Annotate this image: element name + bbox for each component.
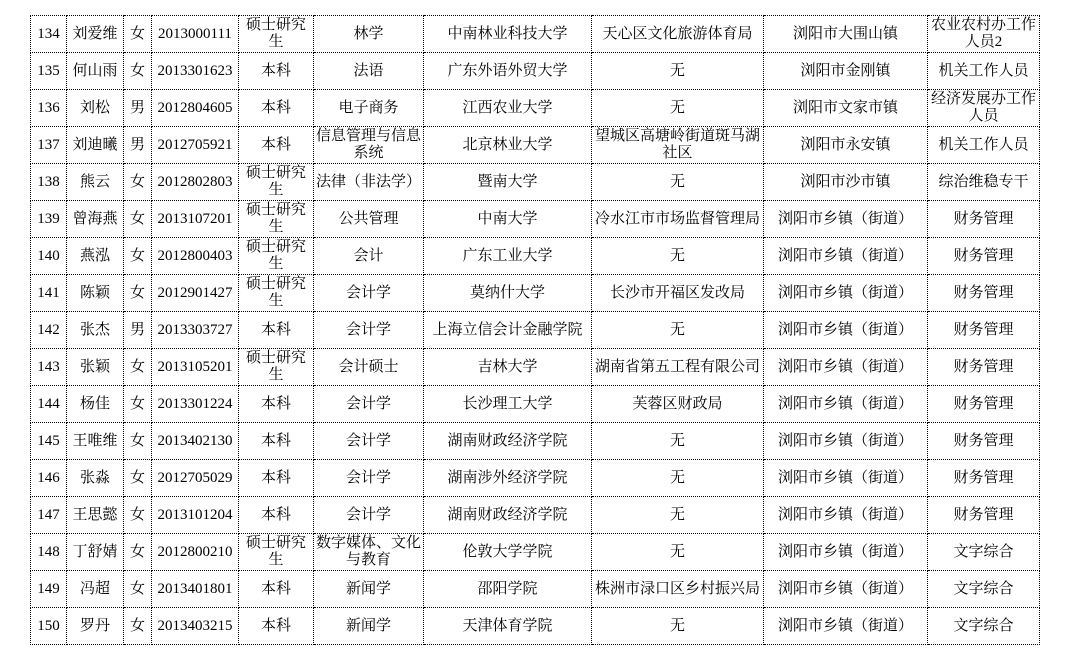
cell-current-unit: 无 — [592, 497, 764, 534]
cell-town: 浏阳市文家市镇 — [764, 90, 928, 127]
table-row: 144杨佳女2013301224本科会计学长沙理工大学芙蓉区财政局浏阳市乡镇（街… — [31, 386, 1040, 423]
cell-candidate-id: 2013301623 — [152, 53, 239, 90]
cell-candidate-id: 2013107201 — [152, 201, 239, 238]
cell-position: 财务管理 — [928, 275, 1040, 312]
cell-university: 江西农业大学 — [424, 90, 592, 127]
cell-name: 熊云 — [67, 164, 124, 201]
cell-position: 文字综合 — [928, 534, 1040, 571]
cell-university: 北京林业大学 — [424, 127, 592, 164]
cell-name: 刘爱维 — [67, 16, 124, 53]
table-row: 136刘松男2012804605本科电子商务江西农业大学无浏阳市文家市镇经济发展… — [31, 90, 1040, 127]
cell-major: 会计学 — [314, 460, 424, 497]
cell-major: 电子商务 — [314, 90, 424, 127]
cell-gender: 男 — [124, 127, 152, 164]
cell-current-unit: 望城区高塘岭街道斑马湖社区 — [592, 127, 764, 164]
cell-current-unit: 无 — [592, 90, 764, 127]
cell-town: 浏阳市乡镇（街道） — [764, 349, 928, 386]
cell-university: 邵阳学院 — [424, 571, 592, 608]
cell-index: 147 — [31, 497, 67, 534]
cell-university: 中南大学 — [424, 201, 592, 238]
cell-candidate-id: 2012800210 — [152, 534, 239, 571]
cell-current-unit: 冷水江市市场监督管理局 — [592, 201, 764, 238]
table-row: 146张淼女2012705029本科会计学湖南涉外经济学院无浏阳市乡镇（街道）财… — [31, 460, 1040, 497]
cell-index: 139 — [31, 201, 67, 238]
cell-university: 暨南大学 — [424, 164, 592, 201]
cell-candidate-id: 2012802803 — [152, 164, 239, 201]
cell-index: 143 — [31, 349, 67, 386]
cell-major: 会计学 — [314, 423, 424, 460]
cell-current-unit: 无 — [592, 312, 764, 349]
personnel-table: 134刘爱维女2013000111硕士研究生林学中南林业科技大学天心区文化旅游体… — [30, 15, 1040, 645]
cell-university: 广东工业大学 — [424, 238, 592, 275]
table-row: 137刘迪曦男2012705921本科信息管理与信息系统北京林业大学望城区高塘岭… — [31, 127, 1040, 164]
cell-education: 本科 — [239, 423, 314, 460]
cell-candidate-id: 2013402130 — [152, 423, 239, 460]
cell-town: 浏阳市乡镇（街道） — [764, 423, 928, 460]
cell-education: 本科 — [239, 127, 314, 164]
cell-university: 中南林业科技大学 — [424, 16, 592, 53]
cell-university: 湖南财政经济学院 — [424, 423, 592, 460]
cell-town: 浏阳市乡镇（街道） — [764, 386, 928, 423]
cell-gender: 女 — [124, 238, 152, 275]
cell-position: 财务管理 — [928, 423, 1040, 460]
cell-gender: 女 — [124, 201, 152, 238]
cell-town: 浏阳市乡镇（街道） — [764, 608, 928, 645]
cell-index: 134 — [31, 16, 67, 53]
cell-town: 浏阳市大围山镇 — [764, 16, 928, 53]
cell-position: 机关工作人员 — [928, 53, 1040, 90]
cell-position: 财务管理 — [928, 497, 1040, 534]
cell-name: 燕泓 — [67, 238, 124, 275]
cell-current-unit: 长沙市开福区发改局 — [592, 275, 764, 312]
table-row: 139曾海燕女2013107201硕士研究生公共管理中南大学冷水江市市场监督管理… — [31, 201, 1040, 238]
cell-index: 144 — [31, 386, 67, 423]
cell-index: 138 — [31, 164, 67, 201]
table-row: 145王唯维女2013402130本科会计学湖南财政经济学院无浏阳市乡镇（街道）… — [31, 423, 1040, 460]
cell-education: 本科 — [239, 460, 314, 497]
cell-name: 刘松 — [67, 90, 124, 127]
cell-gender: 男 — [124, 312, 152, 349]
cell-current-unit: 株洲市渌口区乡村振兴局 — [592, 571, 764, 608]
cell-candidate-id: 2013101204 — [152, 497, 239, 534]
cell-education: 本科 — [239, 90, 314, 127]
cell-position: 综治维稳专干 — [928, 164, 1040, 201]
cell-position: 财务管理 — [928, 386, 1040, 423]
cell-town: 浏阳市金刚镇 — [764, 53, 928, 90]
cell-education: 本科 — [239, 497, 314, 534]
table-row: 134刘爱维女2013000111硕士研究生林学中南林业科技大学天心区文化旅游体… — [31, 16, 1040, 53]
cell-candidate-id: 2012800403 — [152, 238, 239, 275]
cell-candidate-id: 2012705029 — [152, 460, 239, 497]
cell-university: 吉林大学 — [424, 349, 592, 386]
cell-education: 本科 — [239, 53, 314, 90]
cell-gender: 女 — [124, 423, 152, 460]
cell-major: 会计硕士 — [314, 349, 424, 386]
cell-major: 新闻学 — [314, 608, 424, 645]
cell-name: 刘迪曦 — [67, 127, 124, 164]
table-row: 143张颖女2013105201硕士研究生会计硕士吉林大学湖南省第五工程有限公司… — [31, 349, 1040, 386]
table-row: 149冯超女2013401801本科新闻学邵阳学院株洲市渌口区乡村振兴局浏阳市乡… — [31, 571, 1040, 608]
cell-current-unit: 无 — [592, 460, 764, 497]
cell-university: 莫纳什大学 — [424, 275, 592, 312]
cell-candidate-id: 2013301224 — [152, 386, 239, 423]
cell-current-unit: 天心区文化旅游体育局 — [592, 16, 764, 53]
cell-name: 杨佳 — [67, 386, 124, 423]
cell-current-unit: 无 — [592, 164, 764, 201]
table-row: 147王思懿女2013101204本科会计学湖南财政经济学院无浏阳市乡镇（街道）… — [31, 497, 1040, 534]
cell-position: 文字综合 — [928, 571, 1040, 608]
cell-town: 浏阳市乡镇（街道） — [764, 238, 928, 275]
cell-major: 会计学 — [314, 312, 424, 349]
cell-name: 曾海燕 — [67, 201, 124, 238]
cell-education: 本科 — [239, 386, 314, 423]
cell-gender: 女 — [124, 460, 152, 497]
cell-major: 会计学 — [314, 497, 424, 534]
cell-gender: 女 — [124, 534, 152, 571]
cell-position: 财务管理 — [928, 349, 1040, 386]
cell-index: 142 — [31, 312, 67, 349]
cell-university: 伦敦大学学院 — [424, 534, 592, 571]
cell-index: 149 — [31, 571, 67, 608]
cell-town: 浏阳市乡镇（街道） — [764, 497, 928, 534]
cell-town: 浏阳市乡镇（街道） — [764, 534, 928, 571]
cell-position: 财务管理 — [928, 201, 1040, 238]
cell-town: 浏阳市乡镇（街道） — [764, 275, 928, 312]
cell-index: 145 — [31, 423, 67, 460]
cell-gender: 女 — [124, 16, 152, 53]
cell-name: 张杰 — [67, 312, 124, 349]
cell-index: 137 — [31, 127, 67, 164]
cell-education: 本科 — [239, 608, 314, 645]
cell-current-unit: 无 — [592, 608, 764, 645]
cell-gender: 女 — [124, 571, 152, 608]
cell-gender: 女 — [124, 608, 152, 645]
cell-town: 浏阳市乡镇（街道） — [764, 312, 928, 349]
cell-gender: 女 — [124, 164, 152, 201]
cell-gender: 女 — [124, 275, 152, 312]
cell-index: 148 — [31, 534, 67, 571]
cell-position: 文字综合 — [928, 608, 1040, 645]
cell-town: 浏阳市乡镇（街道） — [764, 201, 928, 238]
cell-current-unit: 无 — [592, 53, 764, 90]
cell-major: 法律（非法学） — [314, 164, 424, 201]
cell-town: 浏阳市乡镇（街道） — [764, 571, 928, 608]
cell-candidate-id: 2013401801 — [152, 571, 239, 608]
table-row: 141陈颖女2012901427硕士研究生会计学莫纳什大学长沙市开福区发改局浏阳… — [31, 275, 1040, 312]
cell-candidate-id: 2013105201 — [152, 349, 239, 386]
cell-major: 公共管理 — [314, 201, 424, 238]
cell-university: 湖南涉外经济学院 — [424, 460, 592, 497]
cell-major: 法语 — [314, 53, 424, 90]
cell-education: 本科 — [239, 571, 314, 608]
table-row: 148丁舒婧女2012800210硕士研究生数字媒体、文化与教育伦敦大学学院无浏… — [31, 534, 1040, 571]
cell-current-unit: 无 — [592, 238, 764, 275]
cell-index: 141 — [31, 275, 67, 312]
cell-name: 丁舒婧 — [67, 534, 124, 571]
cell-index: 146 — [31, 460, 67, 497]
table-row: 135何山雨女2013301623本科法语广东外语外贸大学无浏阳市金刚镇机关工作… — [31, 53, 1040, 90]
cell-university: 长沙理工大学 — [424, 386, 592, 423]
cell-education: 硕士研究生 — [239, 534, 314, 571]
table-row: 138熊云女2012802803硕士研究生法律（非法学）暨南大学无浏阳市沙市镇综… — [31, 164, 1040, 201]
cell-position: 财务管理 — [928, 238, 1040, 275]
cell-candidate-id: 2013403215 — [152, 608, 239, 645]
cell-education: 硕士研究生 — [239, 349, 314, 386]
cell-name: 罗丹 — [67, 608, 124, 645]
cell-current-unit: 无 — [592, 534, 764, 571]
cell-candidate-id: 2013000111 — [152, 16, 239, 53]
cell-position: 农业农村办工作人员2 — [928, 16, 1040, 53]
cell-current-unit: 湖南省第五工程有限公司 — [592, 349, 764, 386]
cell-candidate-id: 2012705921 — [152, 127, 239, 164]
cell-town: 浏阳市沙市镇 — [764, 164, 928, 201]
cell-gender: 女 — [124, 349, 152, 386]
cell-candidate-id: 2013303727 — [152, 312, 239, 349]
cell-candidate-id: 2012901427 — [152, 275, 239, 312]
cell-name: 张颖 — [67, 349, 124, 386]
cell-education: 硕士研究生 — [239, 164, 314, 201]
cell-town: 浏阳市乡镇（街道） — [764, 460, 928, 497]
cell-current-unit: 芙蓉区财政局 — [592, 386, 764, 423]
personnel-roster-page: 134刘爱维女2013000111硕士研究生林学中南林业科技大学天心区文化旅游体… — [0, 0, 1066, 650]
cell-university: 广东外语外贸大学 — [424, 53, 592, 90]
cell-university: 上海立信会计金融学院 — [424, 312, 592, 349]
cell-major: 林学 — [314, 16, 424, 53]
cell-index: 140 — [31, 238, 67, 275]
cell-name: 陈颖 — [67, 275, 124, 312]
cell-university: 湖南财政经济学院 — [424, 497, 592, 534]
cell-university: 天津体育学院 — [424, 608, 592, 645]
cell-major: 会计学 — [314, 275, 424, 312]
cell-name: 王思懿 — [67, 497, 124, 534]
cell-major: 新闻学 — [314, 571, 424, 608]
cell-name: 王唯维 — [67, 423, 124, 460]
cell-index: 135 — [31, 53, 67, 90]
cell-major: 会计学 — [314, 386, 424, 423]
cell-position: 财务管理 — [928, 312, 1040, 349]
table-row: 142张杰男2013303727本科会计学上海立信会计金融学院无浏阳市乡镇（街道… — [31, 312, 1040, 349]
cell-position: 财务管理 — [928, 460, 1040, 497]
cell-name: 张淼 — [67, 460, 124, 497]
cell-education: 硕士研究生 — [239, 201, 314, 238]
cell-index: 136 — [31, 90, 67, 127]
table-row: 150罗丹女2013403215本科新闻学天津体育学院无浏阳市乡镇（街道）文字综… — [31, 608, 1040, 645]
cell-index: 150 — [31, 608, 67, 645]
cell-candidate-id: 2012804605 — [152, 90, 239, 127]
cell-education: 硕士研究生 — [239, 275, 314, 312]
table-row: 140燕泓女2012800403硕士研究生会计广东工业大学无浏阳市乡镇（街道）财… — [31, 238, 1040, 275]
cell-current-unit: 无 — [592, 423, 764, 460]
cell-gender: 女 — [124, 386, 152, 423]
cell-name: 何山雨 — [67, 53, 124, 90]
cell-education: 硕士研究生 — [239, 238, 314, 275]
cell-position: 经济发展办工作人员 — [928, 90, 1040, 127]
cell-town: 浏阳市永安镇 — [764, 127, 928, 164]
cell-major: 数字媒体、文化与教育 — [314, 534, 424, 571]
cell-education: 本科 — [239, 312, 314, 349]
cell-major: 信息管理与信息系统 — [314, 127, 424, 164]
cell-gender: 女 — [124, 497, 152, 534]
cell-gender: 男 — [124, 90, 152, 127]
table-body: 134刘爱维女2013000111硕士研究生林学中南林业科技大学天心区文化旅游体… — [31, 16, 1040, 645]
cell-education: 硕士研究生 — [239, 16, 314, 53]
cell-position: 机关工作人员 — [928, 127, 1040, 164]
cell-gender: 女 — [124, 53, 152, 90]
cell-major: 会计 — [314, 238, 424, 275]
cell-name: 冯超 — [67, 571, 124, 608]
